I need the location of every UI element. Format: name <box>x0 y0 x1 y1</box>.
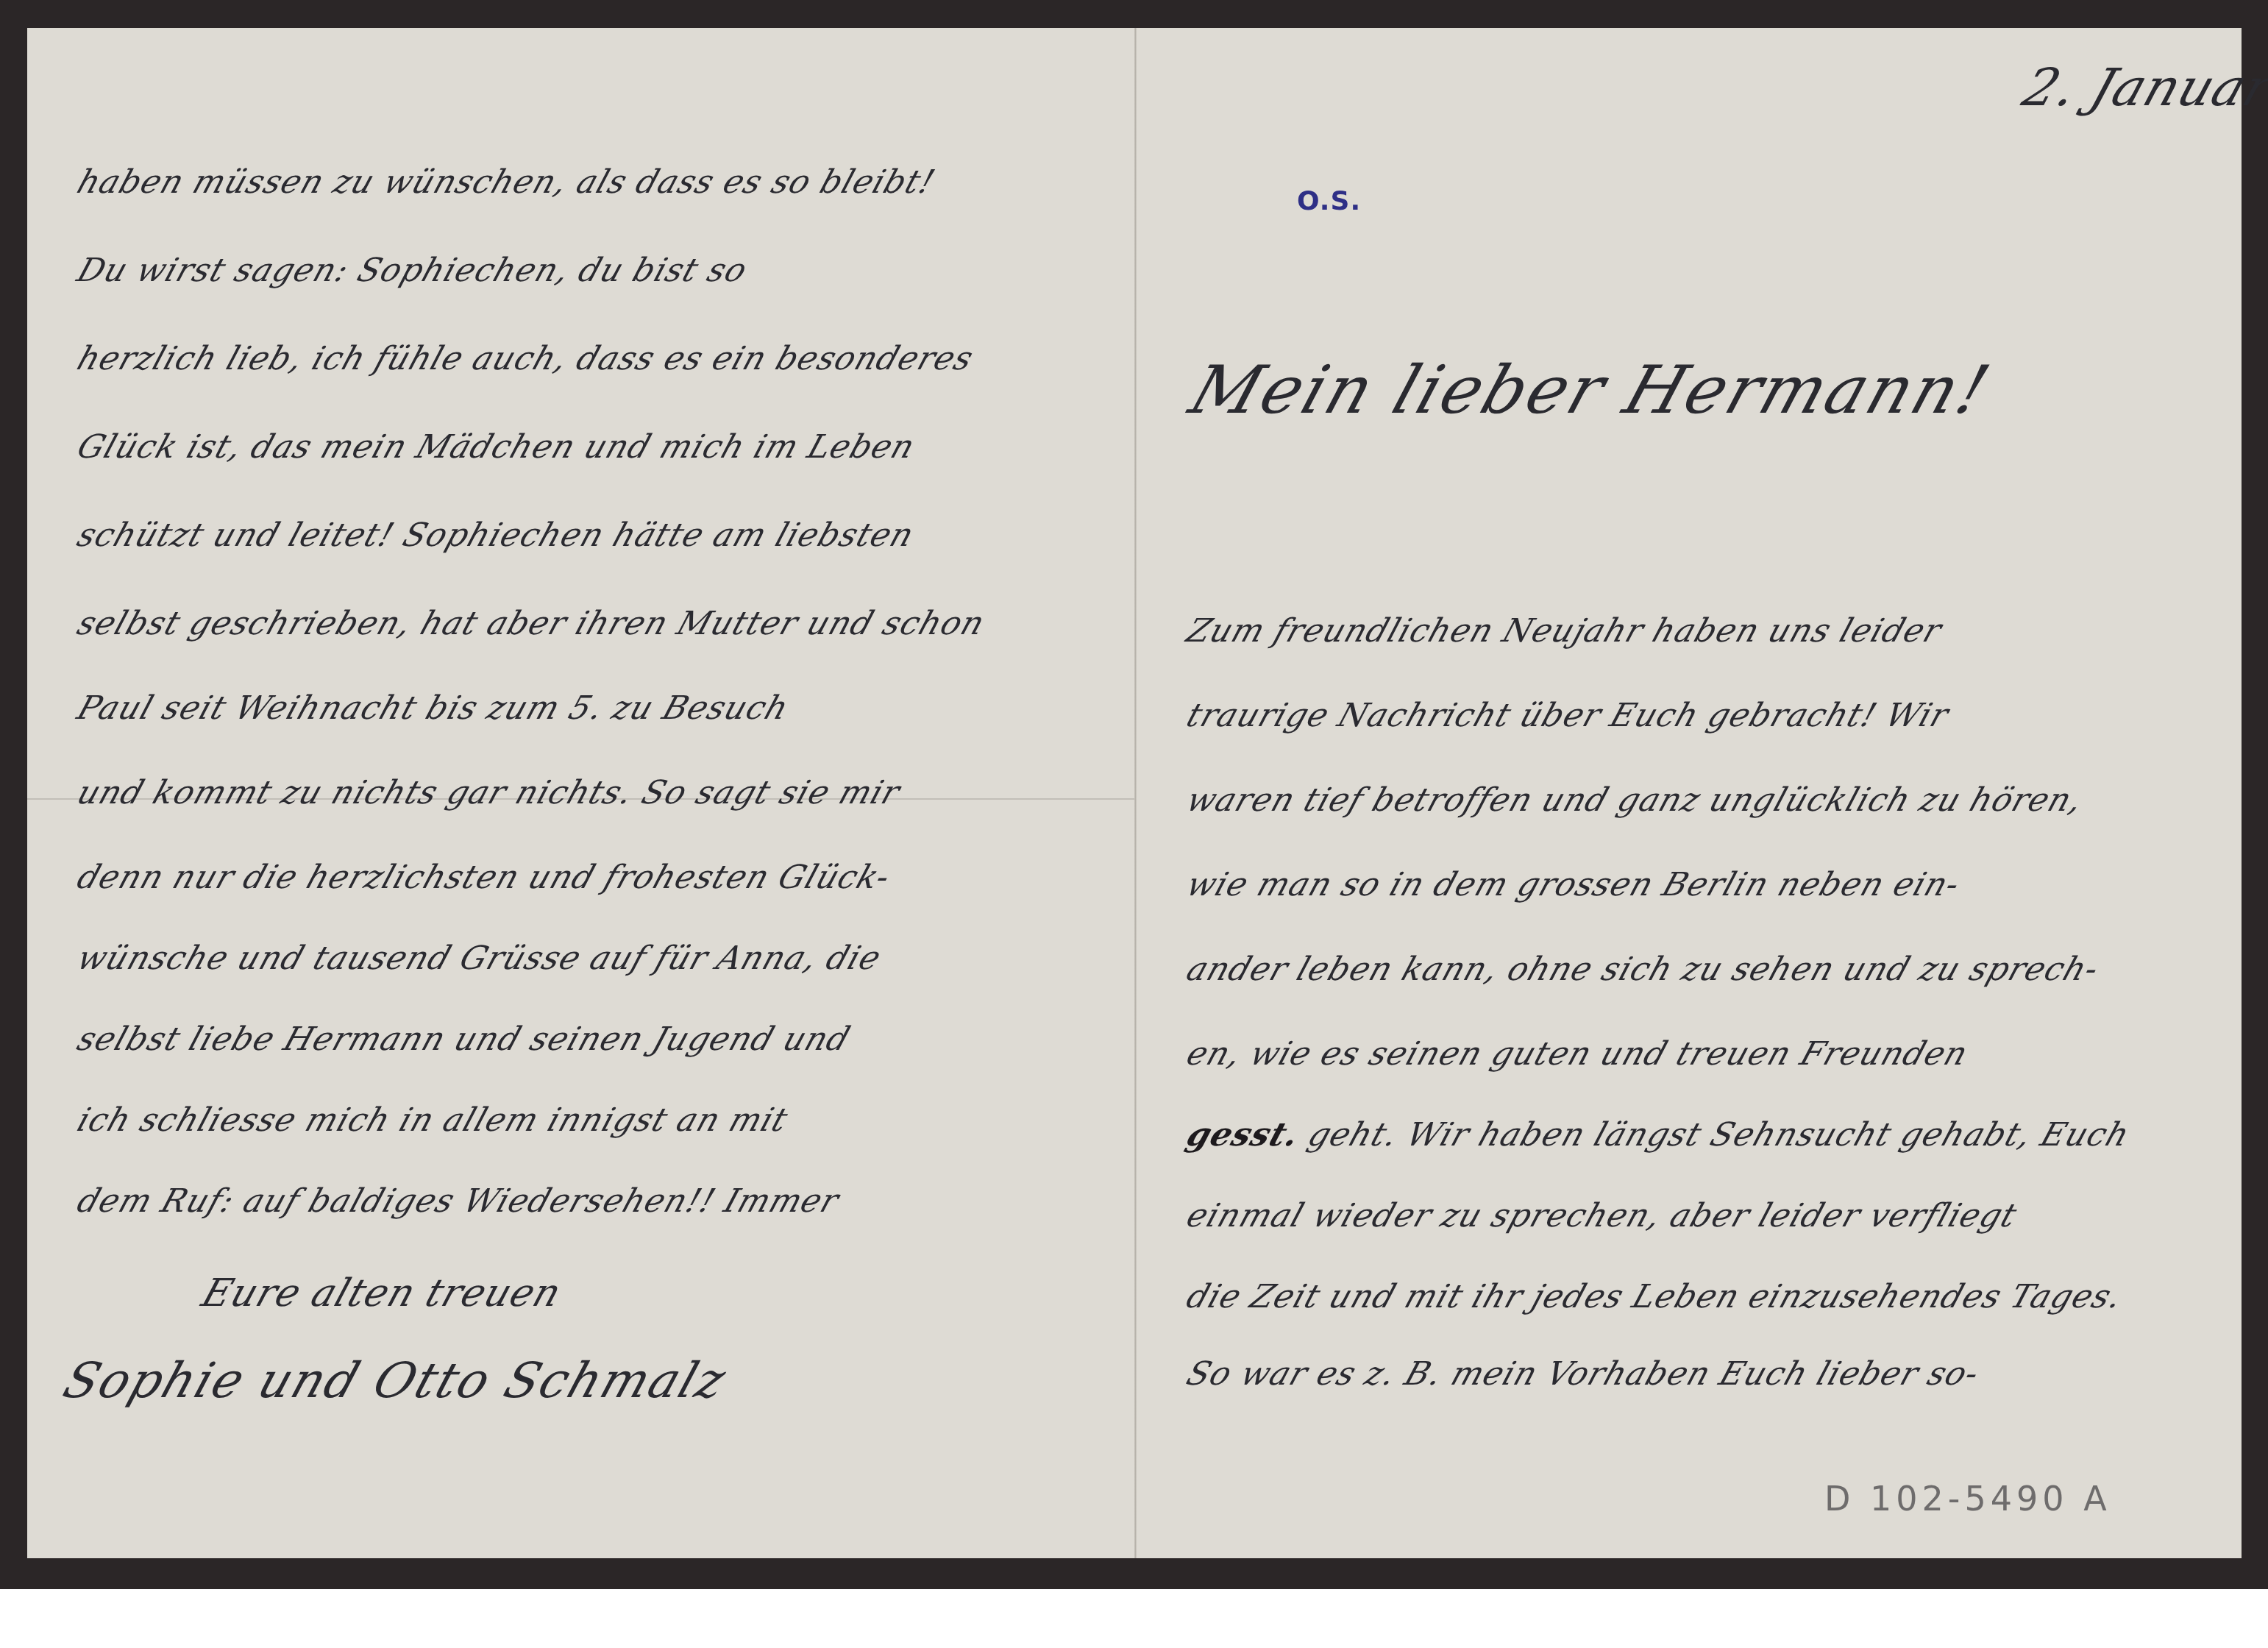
letter-sheet: haben müssen zu wünschen, als dass es so… <box>27 28 2242 1558</box>
right-line-1: Zum freundlichen Neujahr haben uns leide… <box>1181 609 1948 653</box>
letter-date: 2. Januar 1905. <box>2016 57 2268 118</box>
left-line-2: Du wirst sagen: Sophiechen, du bist so <box>71 249 753 293</box>
monogram-stamp: O.S. <box>1297 186 1361 216</box>
signature: Sophie und Otto Schmalz <box>57 1352 733 1409</box>
right-line-4: wie man so in dem grossen Berlin neben e… <box>1181 863 1966 907</box>
right-page: 2. Januar 1905. O.S. Mein lieber Hermann… <box>1137 28 2242 1558</box>
left-line-11: selbst liebe Hermann und seinen Jugend u… <box>71 1017 856 1062</box>
right-line-7-text: geht. Wir haben längst Sehnsucht gehabt,… <box>1304 1116 2135 1154</box>
right-line-10: So war es z. B. mein Vorhaben Euch liebe… <box>1181 1352 1985 1396</box>
left-line-13: dem Ruf: auf baldiges Wiedersehen!! Imme… <box>71 1179 845 1223</box>
right-line-7: gesst. geht. Wir haben längst Sehnsucht … <box>1181 1113 2136 1157</box>
left-line-5: schützt und leitet! Sophiechen hätte am … <box>71 514 920 558</box>
right-line-2: traurige Nachricht über Euch gebracht! W… <box>1181 694 1955 738</box>
left-page: haben müssen zu wünschen, als dass es so… <box>27 28 1134 1558</box>
left-line-9: denn nur die herzlichsten und frohesten … <box>71 856 896 900</box>
left-line-8: und kommt zu nichts gar nichts. So sagt … <box>71 771 906 815</box>
archive-number: D 102-5490 A <box>1824 1479 2111 1519</box>
closing-phrase: Eure alten treuen <box>196 1271 567 1315</box>
right-line-3: waren tief betroffen und ganz unglücklic… <box>1181 778 2089 823</box>
left-line-7: Paul seit Weihnacht bis zum 5. zu Besuch <box>71 686 794 731</box>
salutation: Mein lieber Hermann! <box>1181 352 2000 429</box>
left-line-1: haben müssen zu wünschen, als dass es so… <box>71 160 941 205</box>
left-line-10: wünsche und tausend Grüsse auf für Anna,… <box>71 937 887 981</box>
emphasized-word: gesst. <box>1182 1116 1305 1154</box>
right-line-5: ander leben kann, ohne sich zu sehen und… <box>1181 948 2105 992</box>
right-line-8: einmal wieder zu sprechen, aber leider v… <box>1181 1194 2023 1238</box>
right-line-9: die Zeit und mit ihr jedes Leben einzuse… <box>1181 1275 2128 1319</box>
left-line-4: Glück ist, das mein Mädchen und mich im … <box>71 425 921 469</box>
left-line-3: herzlich lieb, ich fühle auch, dass es e… <box>71 337 979 381</box>
right-line-6: en, wie es seinen guten und treuen Freun… <box>1181 1032 1974 1076</box>
left-line-6: selbst geschrieben, hat aber ihren Mutte… <box>71 602 991 646</box>
left-line-12: ich schliesse mich in allem innigst an m… <box>71 1098 794 1143</box>
